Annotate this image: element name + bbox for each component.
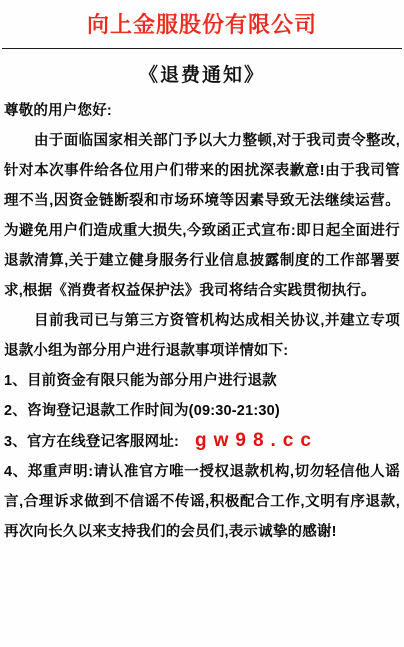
notice-title: 《退费通知》 (0, 64, 404, 88)
paragraph-refund-arrangement: 目前我司已与第三方资管机构达成相关协议,并建立专项退款小组为部分用户进行退款事项… (4, 306, 400, 366)
salutation: 尊敬的用户您好: (4, 96, 400, 126)
website-label: 3、官方在线登记客服网址: (4, 434, 179, 450)
website-link[interactable]: gw98.cc (195, 430, 318, 451)
list-item-4: 4、郑重声明:请认准官方唯一授权退款机构,切勿轻信他人谣言,合理诉求做到不信谣不… (4, 457, 400, 547)
list-item-1: 1、目前资金有限只能为部分用户进行退款 (4, 366, 400, 396)
list-item-2: 2、咨询登记退款工作时间为(09:30-21:30) (4, 396, 400, 426)
refund-notice-document: 向上金服股份有限公司 《退费通知》 尊敬的用户您好: 由于面临国家相关部门予以大… (0, 0, 404, 647)
list-item-3: 3、官方在线登记客服网址:gw98.cc (4, 426, 400, 457)
divider-line (2, 48, 402, 49)
company-title: 向上金服股份有限公司 (0, 12, 404, 38)
notice-body: 尊敬的用户您好: 由于面临国家相关部门予以大力整顿,对于我司责令整改,针对本次事… (0, 96, 404, 547)
paragraph-apology: 由于面临国家相关部门予以大力整顿,对于我司责令整改,针对本次事件给各位用户们带来… (4, 126, 400, 306)
